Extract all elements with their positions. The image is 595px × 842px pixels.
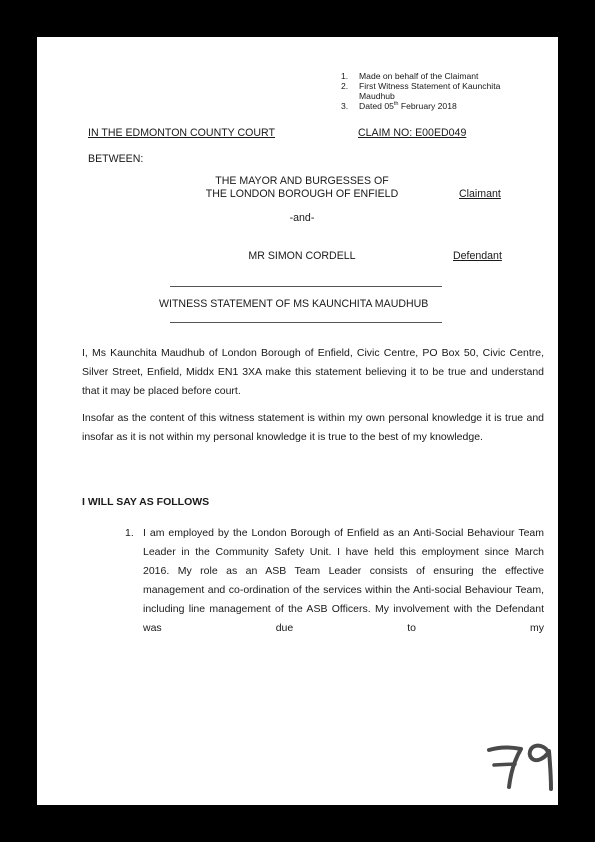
defendant-role: Defendant [453,250,502,262]
defendant-name: MR SIMON CORDELL [177,250,427,263]
court-name: IN THE EDMONTON COUNTY COURT [88,127,275,139]
claim-number: CLAIM NO: E00ED049 [358,127,466,139]
document-page: 1. Made on behalf of the Claimant 2. Fir… [37,37,558,805]
cover-note: 3. Dated 05th February 2018 [337,101,529,111]
section-heading: I WILL SAY AS FOLLOWS [82,496,209,508]
numbered-item: 1. I am employed by the London Borough o… [125,524,544,638]
title-rule-top [170,286,442,287]
claimant-name: THE MAYOR AND BURGESSES OF THE LONDON BO… [177,175,427,201]
title-rule-bottom [170,322,442,323]
and-separator: -and- [177,212,427,225]
claimant-role: Claimant [459,188,501,200]
cover-note: 2. First Witness Statement of Kaunchita … [337,81,529,101]
cover-note: 1. Made on behalf of the Claimant [337,71,529,81]
intro-paragraph: I, Ms Kaunchita Maudhub of London Boroug… [82,344,544,401]
cover-notes: 1. Made on behalf of the Claimant 2. Fir… [337,71,529,111]
knowledge-paragraph: Insofar as the content of this witness s… [82,409,544,447]
handwritten-page-number: 79 [485,737,560,797]
statement-title: WITNESS STATEMENT OF MS KAUNCHITA MAUDHU… [159,298,428,310]
between-label: BETWEEN: [88,153,143,165]
